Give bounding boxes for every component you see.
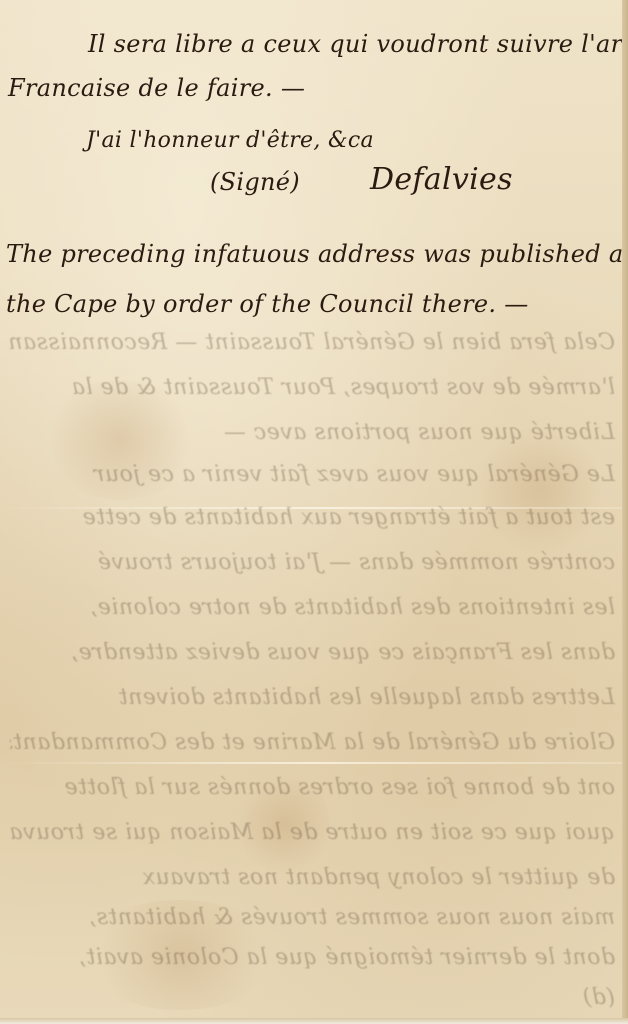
bleed-through-line: les intentions des habitants de notre co… xyxy=(10,595,615,620)
bleed-through-line: Liberté que nous portions avec — xyxy=(10,420,615,445)
bleed-through-line: quoi que ce soit en outre de la Maison q… xyxy=(10,820,615,845)
bleed-through-line: dont le dernier témoigné que la Colonie … xyxy=(10,945,615,970)
page-edge xyxy=(622,0,628,1024)
bleed-through-line: est tout a fait étranger aux habitants d… xyxy=(10,505,615,530)
manuscript-line: Francaise de le faire. — xyxy=(8,74,305,102)
bleed-through-line: Cela fera bien le Général Toussaint — Re… xyxy=(10,330,615,355)
manuscript-line: the Cape by order of the Council there. … xyxy=(6,290,529,318)
page-edge xyxy=(0,1018,628,1024)
closing-line: J'ai l'honneur d'être, &ca xyxy=(86,128,374,153)
bleed-through-line: Gloire du Général de la Marine et des Co… xyxy=(10,730,615,755)
signature-label: (Signé) xyxy=(210,168,300,196)
bleed-through-line: (d) xyxy=(10,985,615,1010)
bleed-through-line: Le Général que vous avez fait venir a ce… xyxy=(10,462,615,487)
bleed-through-line: mais nous nous sommes trouvés & habitant… xyxy=(10,905,615,930)
bleed-through-line: Lettres dans laquelle les habitants doiv… xyxy=(10,685,615,710)
signature-name: Defalvies xyxy=(370,162,513,197)
bleed-through-line: ont de bonne foi ses ordres donnés sur l… xyxy=(10,775,615,800)
paper-fold xyxy=(0,762,628,764)
bleed-through-line: dans les Français ce que vous deviez att… xyxy=(10,640,615,665)
bleed-through-line: contrée nommée dans — J'ai toujours trou… xyxy=(10,550,615,575)
bleed-through-line: de quitter le colony pendant nos travaux xyxy=(10,865,615,890)
manuscript-page: Cela fera bien le Général Toussaint — Re… xyxy=(0,0,628,1024)
manuscript-line: The preceding infatuous address was publ… xyxy=(6,240,628,268)
bleed-through-line: l'armée de vos troupes, Pour Toussaint &… xyxy=(10,375,615,400)
manuscript-line: Il sera libre a ceux qui voudront suivre… xyxy=(88,30,628,58)
